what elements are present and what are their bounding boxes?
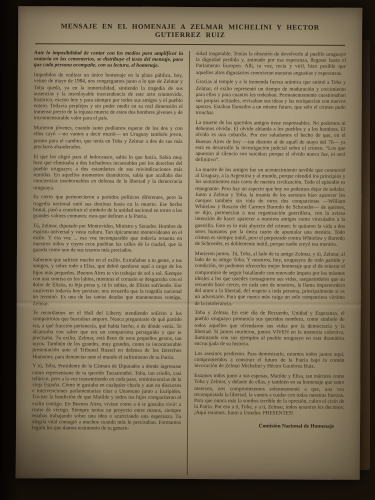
paragraph: El que los eligió para el holocausto, sa… bbox=[33, 154, 182, 192]
paragraph: Y tú, Toba, Presidente de la Cámara de D… bbox=[32, 364, 181, 433]
paragraph: La muerte de los amigos fue un acontecim… bbox=[195, 167, 345, 248]
paragraph: sidad inagotable. Tenías la obsesión de … bbox=[196, 51, 346, 77]
signature: Comisión Nacional de Homenaje bbox=[194, 423, 344, 430]
paragraph: Toba y Zelmar. En este día de Recuerdo, … bbox=[194, 310, 344, 348]
paragraph: Te recordamos en el Hall del Liberty ate… bbox=[32, 310, 181, 360]
paragraph: Los asesinos perdieron. Para demostrarlo… bbox=[194, 351, 344, 370]
paragraph: Es cierto que pertenecieron a partidos p… bbox=[33, 194, 182, 220]
intro-note: Ante la imposibilidad de contar con los … bbox=[34, 50, 183, 69]
title-divider bbox=[35, 43, 345, 46]
paragraph: Estamos todos junto a sus esposas, Matil… bbox=[194, 373, 344, 417]
photo-backdrop: MENSAJE EN EL HOMENAJE A ZELMAR MICHELIN… bbox=[0, 0, 375, 500]
paragraph: Impedidos de realizar un único homenaje … bbox=[34, 72, 183, 122]
paragraph: Murieron jóvenes, cuando tanto podíamos … bbox=[33, 125, 182, 151]
document-page: MENSAJE EN EL HOMENAJE A ZELMAR MICHELIN… bbox=[16, 6, 362, 480]
left-column: Ante la imposibilidad de contar con los … bbox=[32, 50, 190, 475]
paragraph: Tú, Zelmar, diputado por Montevideo, Min… bbox=[33, 223, 182, 255]
paragraph: Sabemos que sufriste mucho en el exilio.… bbox=[33, 257, 182, 307]
right-column: sidad inagotable. Tenías la obsesión de … bbox=[188, 51, 346, 476]
paragraph: Murieron juntos. Tú, Toba, al lado de tu… bbox=[195, 251, 345, 307]
paragraph: La muerte de los queridos amigos tiene r… bbox=[195, 120, 345, 164]
paragraph: Gracias al temple y a la tremenda fuerza… bbox=[196, 79, 346, 117]
text-columns: Ante la imposibilidad de contar con los … bbox=[32, 50, 346, 476]
page-title: MENSAJE EN EL HOMENAJE A ZELMAR MICHELIN… bbox=[34, 22, 346, 40]
